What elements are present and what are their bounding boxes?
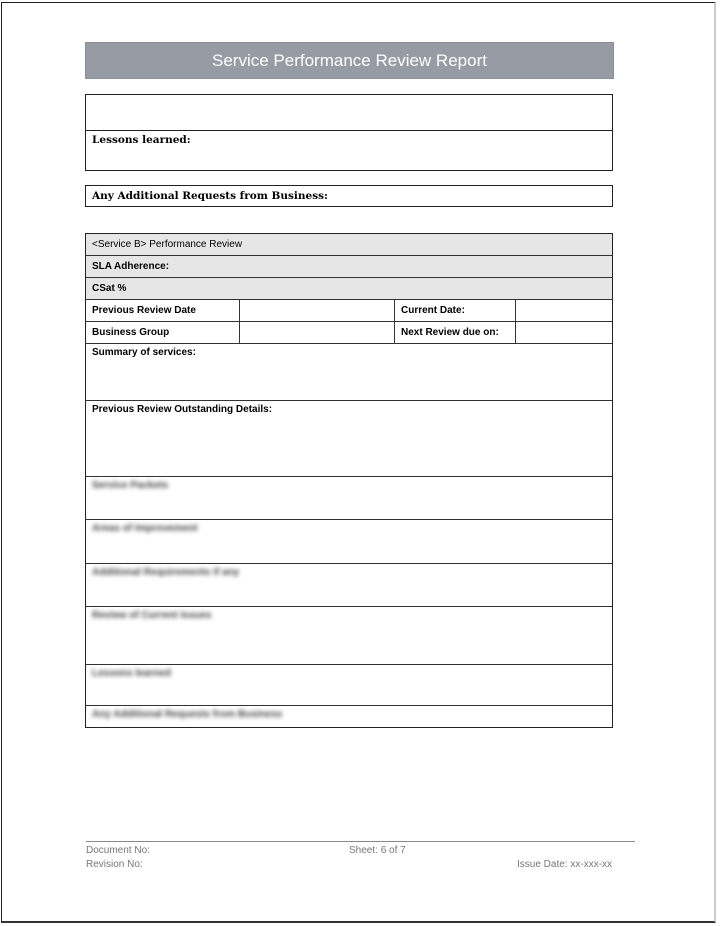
sla-row: SLA Adherence:	[86, 256, 612, 278]
next-review-label: Next Review due on:	[395, 322, 516, 343]
blurred-row: Additional Requirements if any	[86, 564, 612, 607]
blurred-label: Areas of Improvement	[92, 523, 198, 534]
prev-review-date-value[interactable]	[240, 300, 395, 321]
sheet-number: Sheet: 6 of 7	[349, 845, 406, 856]
issue-date: Issue Date: xx-xxx-xx	[517, 859, 612, 870]
lessons-learned-label: Lessons learned:	[86, 131, 612, 149]
blurred-label: Additional Requirements if any	[92, 567, 239, 578]
additional-requests-label: Any Additional Requests from Business:	[86, 186, 612, 206]
footer-divider	[86, 841, 635, 842]
document-no: Document No:	[86, 845, 150, 856]
blurred-label: Lessons learned	[92, 668, 171, 679]
blank-row	[86, 95, 612, 131]
blurred-row: Review of Current Issues	[86, 607, 612, 665]
next-review-value[interactable]	[516, 322, 612, 343]
blurred-label: Service Packets	[92, 480, 168, 491]
outstanding-row: Previous Review Outstanding Details:	[86, 401, 612, 477]
csat-row: CSat %	[86, 278, 612, 300]
outstanding-label: Previous Review Outstanding Details:	[92, 404, 272, 415]
current-date-value[interactable]	[516, 300, 612, 321]
lessons-section: Lessons learned:	[85, 94, 613, 171]
blurred-row: Any Additional Requests from Business	[86, 706, 612, 727]
summary-label: Summary of services:	[92, 347, 196, 358]
additional-requests-section: Any Additional Requests from Business:	[85, 185, 613, 207]
blurred-row: Lessons learned	[86, 665, 612, 706]
dates-row: Previous Review Date Current Date:	[86, 300, 612, 322]
blurred-row: Areas of Improvement	[86, 520, 612, 564]
blurred-row: Service Packets	[86, 477, 612, 520]
service-header-text: <Service B> Performance Review	[92, 239, 242, 250]
csat-label: CSat %	[92, 283, 126, 294]
blurred-label: Review of Current Issues	[92, 610, 211, 621]
service-review-table: <Service B> Performance Review SLA Adher…	[85, 233, 613, 728]
blurred-label: Any Additional Requests from Business	[92, 709, 282, 720]
summary-row: Summary of services:	[86, 344, 612, 401]
business-group-label: Business Group	[86, 322, 240, 343]
business-group-value[interactable]	[240, 322, 395, 343]
revision-no: Revision No:	[86, 859, 143, 870]
prev-review-date-label: Previous Review Date	[86, 300, 240, 321]
page-title: Service Performance Review Report	[85, 42, 614, 79]
service-header: <Service B> Performance Review	[86, 234, 612, 256]
current-date-label: Current Date:	[395, 300, 516, 321]
sla-label: SLA Adherence:	[92, 261, 169, 272]
group-row: Business Group Next Review due on:	[86, 322, 612, 344]
